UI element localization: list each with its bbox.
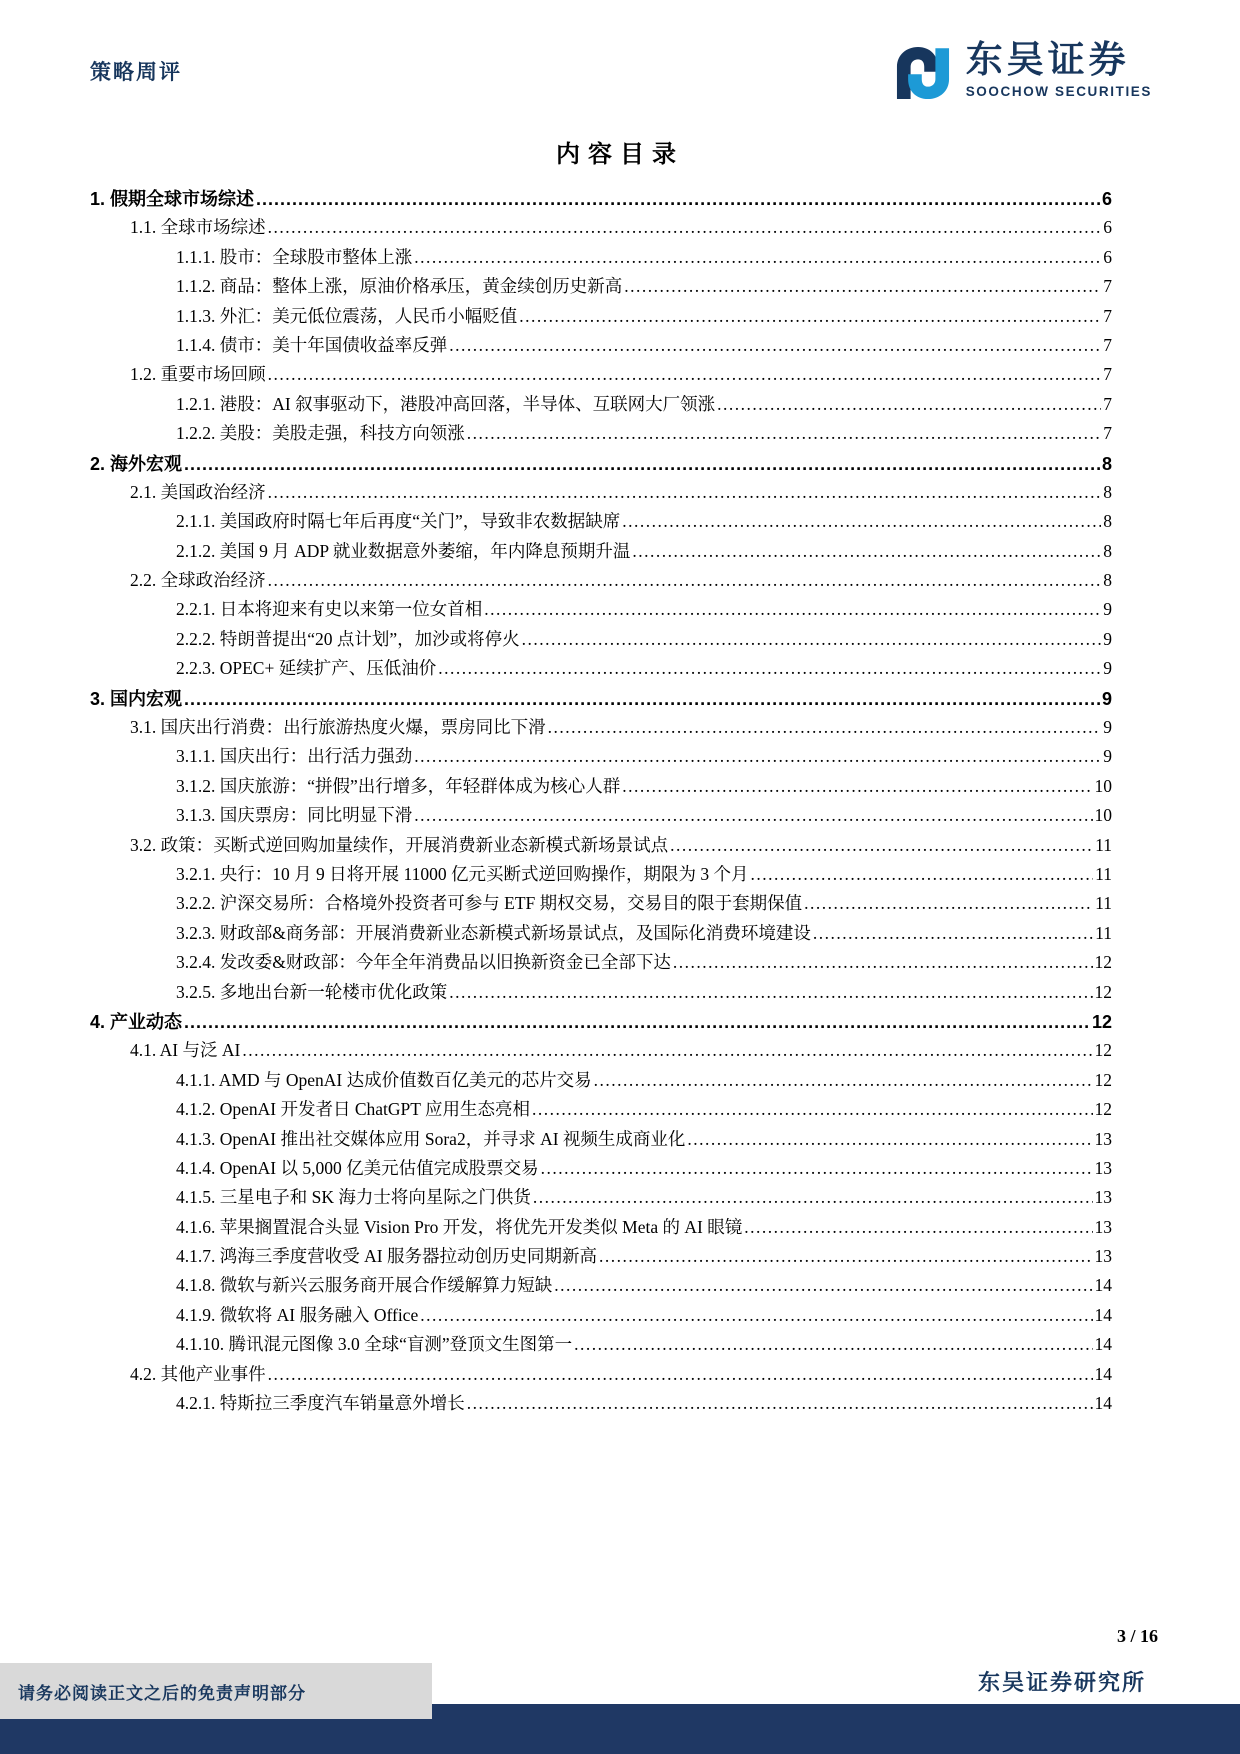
toc-entry[interactable]: 4.1.2. OpenAI 开发者日 ChatGPT 应用生态亮相12 xyxy=(176,1096,1112,1125)
toc-entry[interactable]: 2.2.3. OPEC+ 延续扩产、压低油价9 xyxy=(176,655,1112,684)
toc-entry-label: 3.2.1. 央行：10 月 9 日将开展 11000 亿元买断式逆回购操作，期… xyxy=(176,861,748,886)
toc-entry-page: 9 xyxy=(1103,746,1112,767)
toc-entry[interactable]: 4.2.1. 特斯拉三季度汽车销量意外增长14 xyxy=(176,1390,1112,1419)
toc-dot-leader xyxy=(813,923,1093,944)
toc-entry[interactable]: 2. 海外宏观8 xyxy=(90,450,1112,479)
toc-entry-page: 11 xyxy=(1095,923,1112,944)
toc-dot-leader xyxy=(532,1099,1092,1120)
toc-entry[interactable]: 3.2.5. 多地出台新一轮楼市优化政策12 xyxy=(176,979,1112,1008)
toc-entry-page: 7 xyxy=(1103,335,1112,356)
toc-entry[interactable]: 3.2.3. 财政部&商务部：开展消费新业态新模式新场景试点，及国际化消费环境建… xyxy=(176,920,1112,949)
toc-dot-leader xyxy=(184,689,1100,710)
toc-dot-leader xyxy=(519,306,1101,327)
toc-entry-page: 7 xyxy=(1103,423,1112,444)
toc-entry-page: 8 xyxy=(1103,511,1112,532)
toc-entry-label: 3.2.5. 多地出台新一轮楼市优化政策 xyxy=(176,979,447,1004)
toc-entry[interactable]: 4.2. 其他产业事件14 xyxy=(130,1361,1112,1390)
toc-entry-page: 7 xyxy=(1103,364,1112,385)
toc-entry-page: 11 xyxy=(1095,835,1112,856)
toc-dot-leader xyxy=(804,893,1093,914)
toc-entry-page: 14 xyxy=(1095,1305,1113,1326)
toc-dot-leader xyxy=(414,805,1092,826)
toc-entry-label: 4.1.1. AMD 与 OpenAI 达成价值数百亿美元的芯片交易 xyxy=(176,1067,592,1092)
toc-dot-leader xyxy=(574,1334,1092,1355)
toc-entry-page: 9 xyxy=(1103,599,1112,620)
toc-entry-label: 1.1.4. 债市：美十年国债收益率反弹 xyxy=(176,332,447,357)
toc-entry-label: 3.2.3. 财政部&商务部：开展消费新业态新模式新场景试点，及国际化消费环境建… xyxy=(176,920,811,945)
toc-entry-page: 14 xyxy=(1095,1334,1113,1355)
toc-entry[interactable]: 1. 假期全球市场综述6 xyxy=(90,185,1112,214)
toc-dot-leader xyxy=(670,835,1093,856)
disclaimer-box: 请务必阅读正文之后的免责声明部分 xyxy=(0,1663,432,1719)
toc-entry-label: 3.1.1. 国庆出行：出行活力强劲 xyxy=(176,743,412,768)
toc-entry-page: 10 xyxy=(1095,805,1113,826)
toc-entry-label: 4.2. 其他产业事件 xyxy=(130,1361,266,1386)
toc-dot-leader xyxy=(449,335,1101,356)
toc-entry-page: 6 xyxy=(1102,189,1112,210)
toc-entry[interactable]: 2.2. 全球政治经济8 xyxy=(130,567,1112,596)
toc-entry-label: 2.2.2. 特朗普提出“20 点计划”，加沙或将停火 xyxy=(176,626,520,651)
report-toc-page: 策略周评 东吴证券 SOOCHOW SECURITIES 内容目录 1. 假期全… xyxy=(0,0,1240,1754)
logo-name-cn: 东吴证券 xyxy=(966,42,1152,79)
toc-entry[interactable]: 1.2.2. 美股：美股走强，科技方向领涨7 xyxy=(176,420,1112,449)
toc-entry-label: 2.2.3. OPEC+ 延续扩产、压低油价 xyxy=(176,655,436,680)
toc-entry-page: 12 xyxy=(1095,1040,1113,1061)
toc-title: 内容目录 xyxy=(0,134,1240,169)
toc-dot-leader xyxy=(438,658,1101,679)
toc-entry[interactable]: 1.2.1. 港股：AI 叙事驱动下，港股冲高回落，半导体、互联网大厂领涨7 xyxy=(176,391,1112,420)
toc-entry[interactable]: 4.1.10. 腾讯混元图像 3.0 全球“盲测”登顶文生图第一14 xyxy=(176,1331,1112,1360)
toc-entry-page: 6 xyxy=(1103,247,1112,268)
toc-entry-page: 12 xyxy=(1095,952,1113,973)
toc-entry-page: 8 xyxy=(1102,454,1112,475)
toc-list: 1. 假期全球市场综述61.1. 全球市场综述61.1.1. 股市：全球股市整体… xyxy=(90,185,1112,1419)
toc-dot-leader xyxy=(599,1246,1093,1267)
toc-entry-label: 1. 假期全球市场综述 xyxy=(90,185,254,211)
toc-entry-page: 6 xyxy=(1103,217,1112,238)
toc-entry-page: 14 xyxy=(1095,1364,1113,1385)
logo-name-en: SOOCHOW SECURITIES xyxy=(966,85,1152,99)
toc-entry-label: 4.1.8. 微软与新兴云服务商开展合作缓解算力短缺 xyxy=(176,1272,552,1297)
toc-entry[interactable]: 4. 产业动态12 xyxy=(90,1008,1112,1037)
toc-dot-leader xyxy=(268,217,1102,238)
toc-entry-label: 1.2. 重要市场回顾 xyxy=(130,361,266,386)
toc-entry[interactable]: 4.1.4. OpenAI 以 5,000 亿美元估值完成股票交易13 xyxy=(176,1155,1112,1184)
toc-entry-page: 8 xyxy=(1103,570,1112,591)
toc-dot-leader xyxy=(632,541,1101,562)
toc-entry-page: 13 xyxy=(1095,1217,1113,1238)
toc-entry-label: 2.2.1. 日本将迎来有史以来第一位女首相 xyxy=(176,596,482,621)
toc-entry[interactable]: 3. 国内宏观9 xyxy=(90,685,1112,714)
report-type-label: 策略周评 xyxy=(90,42,182,86)
toc-entry[interactable]: 3.1.3. 国庆票房：同比明显下滑10 xyxy=(176,802,1112,831)
toc-entry-page: 13 xyxy=(1095,1187,1113,1208)
toc-entry-label: 4.1.3. OpenAI 推出社交媒体应用 Sora2，并寻求 AI 视频生成… xyxy=(176,1126,685,1151)
toc-dot-leader xyxy=(467,1393,1093,1414)
toc-entry-label: 3.2. 政策：买断式逆回购加量续作，开展消费新业态新模式新场景试点 xyxy=(130,832,668,857)
toc-entry[interactable]: 1.1.2. 商品：整体上涨，原油价格承压，黄金续创历史新高7 xyxy=(176,273,1112,302)
toc-entry[interactable]: 4.1. AI 与泛 AI12 xyxy=(130,1037,1112,1066)
toc-entry-label: 3.2.4. 发改委&财政部：今年全年消费品以旧换新资金已全部下达 xyxy=(176,949,671,974)
toc-entry[interactable]: 4.1.7. 鸿海三季度营收受 AI 服务器拉动创历史同期新高13 xyxy=(176,1243,1112,1272)
disclaimer-text: 请务必阅读正文之后的免责声明部分 xyxy=(18,1679,306,1704)
toc-dot-leader xyxy=(673,952,1093,973)
toc-entry-page: 13 xyxy=(1095,1158,1113,1179)
toc-dot-leader xyxy=(414,247,1101,268)
toc-entry-page: 9 xyxy=(1102,689,1112,710)
toc-entry[interactable]: 3.2.1. 央行：10 月 9 日将开展 11000 亿元买断式逆回购操作，期… xyxy=(176,861,1112,890)
research-institute-label: 东吴证券研究所 xyxy=(978,1666,1146,1697)
toc-entry[interactable]: 3.1.1. 国庆出行：出行活力强劲9 xyxy=(176,743,1112,772)
toc-entry[interactable]: 2.2.1. 日本将迎来有史以来第一位女首相9 xyxy=(176,596,1112,625)
toc-entry-label: 4.1.5. 三星电子和 SK 海力士将向星际之门供货 xyxy=(176,1184,531,1209)
toc-dot-leader xyxy=(522,629,1102,650)
toc-entry-page: 12 xyxy=(1095,1099,1113,1120)
soochow-logo: 东吴证券 SOOCHOW SECURITIES xyxy=(890,42,1152,104)
toc-entry-label: 2. 海外宏观 xyxy=(90,450,182,476)
toc-dot-leader xyxy=(687,1129,1092,1150)
toc-entry[interactable]: 4.1.3. OpenAI 推出社交媒体应用 Sora2，并寻求 AI 视频生成… xyxy=(176,1126,1112,1155)
toc-dot-leader xyxy=(268,364,1102,385)
toc-entry-label: 2.2. 全球政治经济 xyxy=(130,567,266,592)
toc-entry[interactable]: 4.1.6. 苹果搁置混合头显 Vision Pro 开发，将优先开发类似 Me… xyxy=(176,1214,1112,1243)
toc-entry-page: 7 xyxy=(1103,306,1112,327)
toc-dot-leader xyxy=(268,482,1102,503)
toc-entry-page: 12 xyxy=(1095,982,1113,1003)
toc-dot-leader xyxy=(184,454,1100,475)
toc-dot-leader xyxy=(554,1275,1092,1296)
toc-entry-label: 1.1.1. 股市：全球股市整体上涨 xyxy=(176,244,412,269)
toc-entry[interactable]: 3.1.2. 国庆旅游：“拼假”出行增多，年轻群体成为核心人群10 xyxy=(176,773,1112,802)
toc-entry[interactable]: 2.2.2. 特朗普提出“20 点计划”，加沙或将停火9 xyxy=(176,626,1112,655)
toc-entry-page: 7 xyxy=(1103,394,1112,415)
soochow-logo-icon xyxy=(890,42,956,104)
toc-entry-label: 4.1.9. 微软将 AI 服务融入 Office xyxy=(176,1302,418,1327)
toc-entry[interactable]: 4.1.9. 微软将 AI 服务融入 Office14 xyxy=(176,1302,1112,1331)
toc-entry-label: 3.1.2. 国庆旅游：“拼假”出行增多，年轻群体成为核心人群 xyxy=(176,773,620,798)
toc-dot-leader xyxy=(744,1217,1092,1238)
toc-entry-label: 4.1. AI 与泛 AI xyxy=(130,1037,240,1062)
toc-entry[interactable]: 1.1.3. 外汇：美元低位震荡，人民币小幅贬值7 xyxy=(176,303,1112,332)
toc-entry-label: 4.1.2. OpenAI 开发者日 ChatGPT 应用生态亮相 xyxy=(176,1096,530,1121)
toc-entry[interactable]: 2.1.2. 美国 9 月 ADP 就业数据意外萎缩，年内降息预期升温8 xyxy=(176,538,1112,567)
toc-entry-page: 7 xyxy=(1103,276,1112,297)
toc-entry-page: 12 xyxy=(1092,1012,1112,1033)
toc-entry-label: 3. 国内宏观 xyxy=(90,685,182,711)
toc-entry-label: 2.1. 美国政治经济 xyxy=(130,479,266,504)
toc-entry-label: 2.1.1. 美国政府时隔七年后再度“关门”，导致非农数据缺席 xyxy=(176,508,620,533)
toc-entry-page: 13 xyxy=(1095,1246,1113,1267)
toc-entry-page: 11 xyxy=(1095,893,1112,914)
logo-text: 东吴证券 SOOCHOW SECURITIES xyxy=(966,42,1152,99)
toc-entry[interactable]: 1.1.4. 债市：美十年国债收益率反弹7 xyxy=(176,332,1112,361)
toc-entry-label: 2.1.2. 美国 9 月 ADP 就业数据意外萎缩，年内降息预期升温 xyxy=(176,538,630,563)
toc-dot-leader xyxy=(242,1040,1092,1061)
toc-entry[interactable]: 2.1. 美国政治经济8 xyxy=(130,479,1112,508)
page-header: 策略周评 东吴证券 SOOCHOW SECURITIES xyxy=(0,0,1240,104)
toc-entry-page: 14 xyxy=(1095,1275,1113,1296)
toc-entry[interactable]: 4.1.8. 微软与新兴云服务商开展合作缓解算力短缺14 xyxy=(176,1272,1112,1301)
toc-entry-page: 8 xyxy=(1103,482,1112,503)
toc-dot-leader xyxy=(484,599,1101,620)
toc-dot-leader xyxy=(449,982,1092,1003)
toc-entry-label: 3.2.2. 沪深交易所：合格境外投资者可参与 ETF 期权交易，交易目的限于套… xyxy=(176,890,802,915)
toc-dot-leader xyxy=(533,1187,1093,1208)
toc-entry-label: 4.2.1. 特斯拉三季度汽车销量意外增长 xyxy=(176,1390,465,1415)
toc-entry-label: 1.2.1. 港股：AI 叙事驱动下，港股冲高回落，半导体、互联网大厂领涨 xyxy=(176,391,715,416)
toc-entry[interactable]: 1.1. 全球市场综述6 xyxy=(130,214,1112,243)
toc-entry-label: 4.1.6. 苹果搁置混合头显 Vision Pro 开发，将优先开发类似 Me… xyxy=(176,1214,742,1239)
toc-entry-label: 4.1.4. OpenAI 以 5,000 亿美元估值完成股票交易 xyxy=(176,1155,539,1180)
toc-entry-label: 1.1.2. 商品：整体上涨，原油价格承压，黄金续创历史新高 xyxy=(176,273,622,298)
toc-entry-page: 13 xyxy=(1095,1129,1113,1150)
toc-entry-label: 1.1.3. 外汇：美元低位震荡，人民币小幅贬值 xyxy=(176,303,517,328)
toc-entry-label: 3.1. 国庆出行消费：出行旅游热度火爆，票房同比下滑 xyxy=(130,714,546,739)
toc-entry[interactable]: 1.1.1. 股市：全球股市整体上涨6 xyxy=(176,244,1112,273)
toc-dot-leader xyxy=(622,511,1101,532)
toc-dot-leader xyxy=(420,1305,1092,1326)
toc-dot-leader xyxy=(594,1070,1093,1091)
toc-entry-page: 14 xyxy=(1095,1393,1113,1414)
page-indicator: 3 / 16 xyxy=(1117,1626,1158,1647)
toc-entry[interactable]: 4.1.5. 三星电子和 SK 海力士将向星际之门供货13 xyxy=(176,1184,1112,1213)
toc-entry-page: 8 xyxy=(1103,541,1112,562)
toc-dot-leader xyxy=(256,189,1100,210)
toc-dot-leader xyxy=(268,1364,1093,1385)
toc-entry-label: 1.1. 全球市场综述 xyxy=(130,214,266,239)
toc-entry-page: 9 xyxy=(1103,629,1112,650)
toc-entry-label: 3.1.3. 国庆票房：同比明显下滑 xyxy=(176,802,412,827)
toc-dot-leader xyxy=(624,276,1101,297)
toc-dot-leader xyxy=(548,717,1102,738)
toc-entry-page: 12 xyxy=(1095,1070,1113,1091)
toc-entry-page: 9 xyxy=(1103,717,1112,738)
toc-dot-leader xyxy=(541,1158,1093,1179)
toc-entry[interactable]: 3.1. 国庆出行消费：出行旅游热度火爆，票房同比下滑9 xyxy=(130,714,1112,743)
toc-dot-leader xyxy=(184,1012,1090,1033)
toc-entry-label: 4.1.7. 鸿海三季度营收受 AI 服务器拉动创历史同期新高 xyxy=(176,1243,597,1268)
toc-entry-page: 11 xyxy=(1095,864,1112,885)
toc-dot-leader xyxy=(622,776,1092,797)
toc-entry[interactable]: 3.2. 政策：买断式逆回购加量续作，开展消费新业态新模式新场景试点11 xyxy=(130,832,1112,861)
toc-entry-label: 1.2.2. 美股：美股走强，科技方向领涨 xyxy=(176,420,465,445)
toc-entry[interactable]: 1.2. 重要市场回顾7 xyxy=(130,361,1112,390)
toc-entry-page: 9 xyxy=(1103,658,1112,679)
toc-dot-leader xyxy=(467,423,1102,444)
toc-entry-label: 4. 产业动态 xyxy=(90,1008,182,1034)
toc-dot-leader xyxy=(414,746,1101,767)
toc-dot-leader xyxy=(268,570,1102,591)
toc-entry-label: 4.1.10. 腾讯混元图像 3.0 全球“盲测”登顶文生图第一 xyxy=(176,1331,572,1356)
toc-entry[interactable]: 2.1.1. 美国政府时隔七年后再度“关门”，导致非农数据缺席8 xyxy=(176,508,1112,537)
toc-entry[interactable]: 4.1.1. AMD 与 OpenAI 达成价值数百亿美元的芯片交易12 xyxy=(176,1067,1112,1096)
toc-entry[interactable]: 3.2.4. 发改委&财政部：今年全年消费品以旧换新资金已全部下达12 xyxy=(176,949,1112,978)
toc-dot-leader xyxy=(750,864,1093,885)
toc-entry-page: 10 xyxy=(1095,776,1113,797)
toc-dot-leader xyxy=(717,394,1101,415)
toc-entry[interactable]: 3.2.2. 沪深交易所：合格境外投资者可参与 ETF 期权交易，交易目的限于套… xyxy=(176,890,1112,919)
